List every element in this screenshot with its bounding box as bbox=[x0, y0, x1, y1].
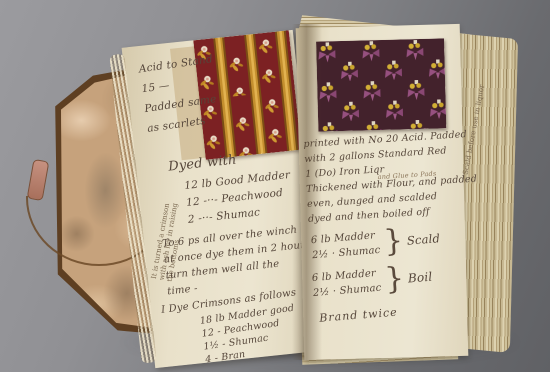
gutter-shadow bbox=[292, 24, 322, 360]
clasp-tab bbox=[27, 159, 50, 201]
brace-glyph: } bbox=[384, 264, 405, 295]
recipe-title: Dyed with bbox=[168, 153, 238, 175]
closing-line: Brand twice bbox=[319, 306, 398, 325]
left-top-note: Acid to Stand 15 — Padded same as scarle… bbox=[138, 49, 223, 139]
fabric-swatch-sprig-print bbox=[316, 38, 446, 131]
photograph-open-dye-book: Acid to Stand 15 — Padded same as scarle… bbox=[0, 0, 550, 372]
recipe-ingredients: 12 lb Good Madder 12 -··- Peachwood 2 -·… bbox=[184, 167, 295, 229]
group-label: Boil bbox=[407, 270, 433, 286]
brace-glyph: } bbox=[383, 226, 404, 257]
boil-group: 6 lb Madder 2½ · Shumac } Boil bbox=[311, 262, 433, 301]
group-label: Scald bbox=[406, 231, 440, 248]
scald-group: 6 lb Madder 2½ · Shumac } Scald bbox=[310, 223, 441, 263]
sprig-print-pattern bbox=[316, 38, 446, 131]
